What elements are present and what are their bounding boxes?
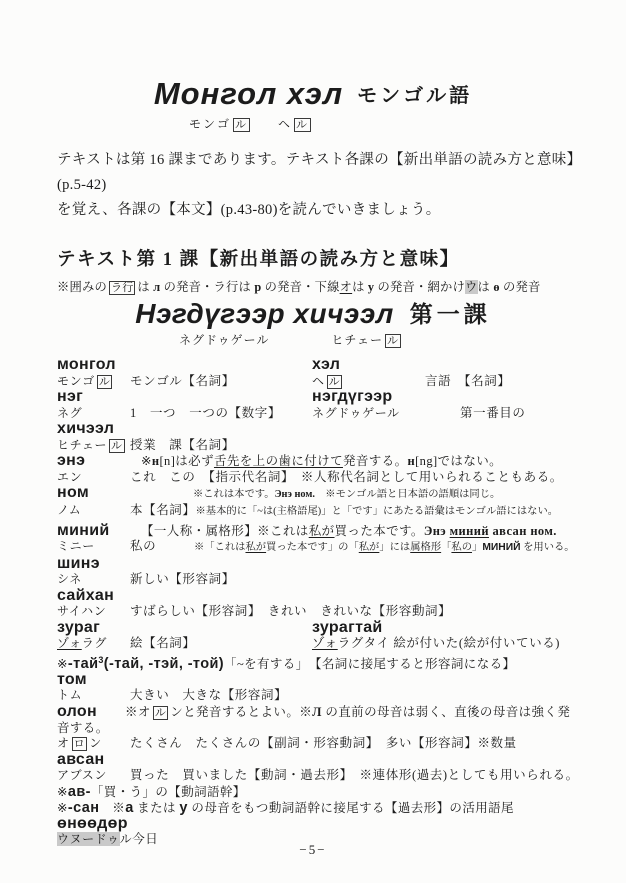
note-text: または: [134, 801, 180, 815]
meaning: 絵が付いた(絵が付いている): [393, 636, 560, 650]
entry-sub: モンゴルモンゴル【名詞】: [57, 374, 312, 390]
headword-saikhan: сайхан: [57, 588, 582, 605]
pronunciation-legend: ※囲みのラ行は л の発音・ラ行は р の発音・下線オは у の発音・網かけウは…: [57, 277, 626, 295]
main-title-japanese: モンゴル語: [357, 85, 472, 107]
headword-ene: энэ: [57, 453, 141, 470]
entry-sub: ゾォラグ絵【名詞】: [57, 636, 312, 652]
vocab-entry-negdugeer: нэгдүгээр ネグドゥゲール第一番目の: [312, 389, 582, 421]
lesson-title-cyrillic: Нэгдүгээр хичээл: [135, 298, 393, 329]
cyrillic-phrase: Энэ: [424, 524, 450, 538]
underlined-o: オ: [340, 280, 353, 294]
cyrillic-suffix-tai: -тай: [68, 656, 99, 672]
legend-text: は: [478, 280, 494, 294]
legend-text: は: [137, 280, 153, 294]
furigana-text: ン: [89, 736, 102, 750]
boxed-ru: ル: [153, 706, 168, 720]
furigana-text: ヘ: [312, 374, 325, 388]
boxed-ru: ル: [385, 334, 401, 348]
furigana: ネグドゥゲール: [312, 406, 460, 422]
note-text: 【一人称・属格形】※これは: [141, 524, 309, 538]
cyrillic-stem-av: ав-: [68, 784, 91, 800]
note-text: の母音をもつ動詞語幹に接尾する【過去形】の活用語尾: [188, 801, 514, 815]
note-text: 発音する。: [343, 454, 408, 468]
meaning: たくさん たくさんの【副詞・形容動詞】 多い【形容詞】※数量: [130, 736, 517, 750]
note-text: 」: [472, 542, 482, 553]
note-underlined: 私が: [359, 542, 380, 553]
vocab-row-neg-negdugeer: нэг ネグ1 一つ 一つの【数字】 нэгдүгээр ネグドゥゲール第一番目…: [57, 389, 582, 421]
furigana: シネ: [57, 572, 130, 588]
usage-note: ※これは本です。Энэ ном. ※モンゴル語と日本語の語順は同じ。: [193, 489, 500, 500]
entry-sub: ゾォラグタイ 絵が付いた(絵が付いている): [312, 636, 582, 652]
note-underlined: 私の: [451, 542, 472, 553]
vocab-entry-shine: шинэ シネ新しい【形容詞】: [57, 556, 582, 588]
boxed-ru: ル: [97, 375, 113, 389]
note-text: ンと発音するとよい。※: [170, 705, 312, 719]
vocab-entry-khicheel: хичээл ヒチェール授業 課【名詞】: [57, 421, 582, 453]
vocab-entry-olon: олон※オルンと発音するとよい。※Л の直前の母音は弱く、直後の母音は強く発音…: [57, 704, 582, 752]
entry-sub: サイハンすばらしい【形容詞】 きれい きれいな【形容動詞】: [57, 604, 582, 620]
vocab-entry-monggol: монгол モンゴルモンゴル【名詞】: [57, 357, 312, 389]
entry-headline: миний【一人称・属格形】※これは私が買った本です。Энэ миний авс…: [57, 523, 582, 540]
headword-tom: том: [57, 672, 582, 689]
furigana: エン: [57, 470, 130, 486]
main-title-furigana: モンゴルヘル: [0, 115, 564, 132]
lesson-heading: テキスト第 1 課【新出単語の読み方と意味】: [57, 245, 626, 271]
furigana: ゾォラグ: [57, 636, 130, 652]
usage-note: ※н[n]は必ず舌先を上の歯に付けて発音する。н[ng]ではない。: [141, 454, 502, 468]
stem-note-av: ※ав-「買・う」の【動詞語幹】: [57, 784, 582, 800]
shaded-u: ウ: [465, 280, 478, 294]
boxed-ru: ル: [294, 118, 311, 132]
note-text: ※モンゴル語と日本語の語順は同じ。: [315, 489, 500, 500]
furigana: ネグ: [57, 406, 130, 422]
note-text: 「~を有する」 【名詞に接尾すると形容詞になる】: [224, 657, 515, 671]
cyrillic-minii-caps: МИНИЙ: [482, 542, 520, 553]
note-underlined: 舌先を上の歯に付けて: [214, 454, 343, 468]
note-text: 「買・う」の【動詞語幹】: [91, 785, 246, 799]
vocab-entry-minii: миний【一人称・属格形】※これは私が買った本です。Энэ миний авс…: [57, 523, 582, 556]
meaning: 買った 買いました【動詞・過去形】 ※連体形(過去)としても用いられる。: [130, 768, 579, 782]
note-text: [ng]ではない。: [415, 454, 502, 468]
boxed-ru: ル: [327, 375, 343, 389]
boxed-ra-gyou: ラ行: [109, 281, 135, 295]
entry-sub: ヒチェール授業 課【名詞】: [57, 438, 582, 454]
entry-sub: ミニー私の※「これは私が買った本です」の「私が」には属格形「私の」МИНИЙ を…: [57, 539, 582, 556]
note-text: 「: [441, 542, 451, 553]
meaning: 私の: [130, 539, 194, 555]
cyrillic-n: н: [408, 454, 416, 468]
entry-sub: オロンたくさん たくさんの【副詞・形容動詞】 多い【形容詞】※数量: [57, 736, 582, 752]
boxed-ru: ル: [109, 439, 125, 453]
entry-sub: トム大きい 大きな【形容詞】: [57, 688, 582, 704]
vocab-entry-saikhan: сайхан サイハンすばらしい【形容詞】 きれい きれいな【形容動詞】: [57, 588, 582, 620]
note-text: ※オ: [125, 705, 151, 719]
furigana: トム: [57, 688, 130, 704]
note-text: 買った本です」の「: [266, 542, 359, 553]
entry-headline: олон※オルンと発音するとよい。※Л の直前の母音は弱く、直後の母音は強く発音…: [57, 704, 582, 737]
note-text: ※: [99, 801, 125, 815]
vocab-entry-ene: энэ※н[n]は必ず舌先を上の歯に付けて発音する。н[ng]ではない。 エンこ…: [57, 453, 582, 485]
vocab-entry-zuragtai: зурагтай ゾォラグタイ 絵が付いた(絵が付いている): [312, 620, 582, 652]
note-text: 買った本です。: [335, 524, 424, 538]
furigana-mongo: モンゴ: [189, 117, 231, 131]
document-page: Монгол хэлモンゴル語 モンゴルヘル テキストは第 16 課まであります…: [0, 0, 626, 883]
headword-zurag: зураг: [57, 620, 312, 637]
cyrillic-u: у: [179, 800, 187, 816]
furigana: ゾォラグタイ: [312, 636, 390, 650]
furigana-underlined: ゾォ: [312, 636, 338, 650]
usage-note: 【一人称・属格形】※これは私が買った本です。Энэ миний авсан но…: [141, 524, 557, 538]
headword-avsan: авсан: [57, 752, 582, 769]
vocab-entry-avsan: авсан アブスン買った 買いました【動詞・過去形】 ※連体形(過去)としても…: [57, 752, 582, 784]
furigana-he: ヘ: [278, 117, 292, 131]
note-text: 」には: [379, 542, 410, 553]
headword-onoodor: өнөөдөр: [57, 816, 582, 833]
meaning: 第一番目の: [460, 406, 526, 420]
grammar-note: ※基本的に「~は(主格語尾)」と「です」にあたる語彙はモンゴル語にはない。: [196, 506, 559, 517]
page-number: −5−: [0, 842, 626, 858]
intro-line-1: テキストは第 16 課まであります。テキスト各課の【新出単語の読み方と意味】(p…: [57, 148, 579, 198]
furigana-text: オ: [57, 736, 70, 750]
headword-negdugeer: нэгдүгээр: [312, 389, 582, 406]
vocab-entry-neg: нэг ネグ1 一つ 一つの【数字】: [57, 389, 312, 421]
meaning: 言語 【名詞】: [425, 374, 510, 388]
entry-sub: ネグ1 一つ 一つの【数字】: [57, 406, 312, 422]
cyrillic-suffix-san: -сан: [68, 800, 100, 816]
lesson-title-furigana: ネグドゥゲールヒチェール: [0, 331, 604, 348]
furigana-text: ヒチェー: [57, 438, 107, 452]
vocab-row-zurag-zuragtai: зураг ゾォラグ絵【名詞】 зурагтай ゾォラグタイ 絵が付いた(絵が…: [57, 620, 582, 652]
note-text: を用いる。: [521, 542, 575, 553]
entry-sub: エンこれ この 【指示代名詞】 ※人称代名詞として用いられることもある。: [57, 470, 582, 486]
legend-text: の発音: [500, 280, 541, 294]
furigana: ノム: [57, 503, 130, 519]
furigana-hicheel: ヒチェー: [331, 333, 383, 347]
cyrillic-underlined: миний: [450, 524, 489, 538]
furigana: モンゴル: [57, 374, 130, 390]
note-text: ※: [57, 657, 68, 671]
note-underlined: 私が: [245, 542, 266, 553]
suffix-note-san: ※-сан ※а または у の母音をもつ動詞語幹に接尾する【過去形】の活用語尾: [57, 800, 582, 816]
meaning: 絵【名詞】: [130, 636, 196, 650]
headword-minii: миний: [57, 523, 141, 540]
legend-text: は: [352, 280, 368, 294]
note-text: ※: [57, 785, 68, 799]
furigana: ヘル: [312, 374, 425, 390]
furigana-negdugeer: ネグドゥゲール: [179, 333, 269, 347]
furigana: ヒチェール: [57, 438, 130, 454]
vocab-entry-zurag: зураг ゾォラグ絵【名詞】: [57, 620, 312, 652]
note-text: ※これは本です。: [193, 489, 275, 500]
vocab-entry-khel: хэл ヘル言語 【名詞】: [312, 357, 582, 389]
grammar-note: ※「これは私が買った本です」の「私が」には属格形「私の」МИНИЙ を用いる。: [194, 542, 575, 553]
usage-note: ※オルンと発音するとよい。※Л の直前の母音は弱く、直後の母音は強く発音する。: [57, 705, 570, 736]
furigana: サイハン: [57, 604, 130, 620]
legend-text: ※囲みの: [57, 280, 107, 294]
legend-text: の発音・網かけ: [374, 280, 465, 294]
cyrillic-L: Л: [312, 705, 322, 719]
furigana: オロン: [57, 736, 130, 752]
suffix-note-tai: ※-тай3(-тай, -тэй, -той)「~を有する」 【名詞に接尾する…: [57, 652, 582, 672]
note-text: ※: [57, 801, 68, 815]
entry-sub: アブスン買った 買いました【動詞・過去形】 ※連体形(過去)としても用いられる。: [57, 768, 582, 784]
cyrillic-suffix-variants: (-тай, -тэй, -той): [104, 656, 224, 672]
intro-paragraph: テキストは第 16 課まであります。テキスト各課の【新出単語の読み方と意味】(p…: [57, 148, 579, 223]
headword-khel: хэл: [312, 357, 582, 374]
legend-text: の発音・ラ行は: [160, 280, 254, 294]
lesson-title-japanese: 第一課: [410, 302, 491, 327]
note-underlined: 属格形: [410, 542, 441, 553]
note-underlined: 私が: [309, 524, 335, 538]
furigana-underlined: ゾォ: [57, 636, 82, 650]
note-text: ※: [141, 454, 152, 468]
meaning: モンゴル【名詞】: [130, 374, 235, 388]
cyrillic-a: а: [125, 800, 133, 816]
vocab-entry-nom: ном※これは本です。Энэ ном. ※モンゴル語と日本語の語順は同じ。 ノム…: [57, 485, 582, 520]
headword-zuragtai: зурагтай: [312, 620, 582, 637]
headword-neg: нэг: [57, 389, 312, 406]
headword-khicheel: хичээл: [57, 421, 582, 438]
main-title: Монгол хэлモンゴル語: [0, 0, 626, 112]
headword-nom: ном: [57, 485, 193, 502]
meaning: 本【名詞】: [130, 503, 196, 519]
meaning: これ この 【指示代名詞】 ※人称代名詞として用いられることもある。: [130, 470, 563, 484]
entry-headline: энэ※н[n]は必ず舌先を上の歯に付けて発音する。н[ng]ではない。: [57, 453, 582, 470]
furigana: アブスン: [57, 768, 130, 784]
cyrillic-phrase: авсан ном.: [489, 524, 557, 538]
furigana: ミニー: [57, 539, 130, 555]
entry-sub: ノム本【名詞】※基本的に「~は(主格語尾)」と「です」にあたる語彙はモンゴル語に…: [57, 503, 582, 520]
boxed-ro: ロ: [72, 737, 88, 751]
vocab-row-monggol-khel: монгол モンゴルモンゴル【名詞】 хэл ヘル言語 【名詞】: [57, 357, 582, 389]
meaning: すばらしい【形容詞】 きれい きれいな【形容動詞】: [130, 604, 451, 618]
entry-sub: ネグドゥゲール第一番目の: [312, 406, 582, 422]
legend-text: の発音・下線: [261, 280, 339, 294]
headword-olon: олон: [57, 704, 125, 721]
entry-sub: シネ新しい【形容詞】: [57, 572, 582, 588]
entry-sub: ヘル言語 【名詞】: [312, 374, 582, 390]
cyrillic-phrase: Энэ ном.: [275, 489, 315, 500]
meaning: 新しい【形容詞】: [130, 572, 235, 586]
note-text: [n]は必ず: [159, 454, 213, 468]
headword-monggol: монгол: [57, 357, 312, 374]
furigana-text: ラグタイ: [338, 636, 390, 650]
vocab-entry-tom: том トム大きい 大きな【形容詞】: [57, 672, 582, 704]
entry-headline: ном※これは本です。Энэ ном. ※モンゴル語と日本語の語順は同じ。: [57, 485, 582, 503]
intro-line-2: を覚え、各課の【本文】(p.43-80)を読んでいきましょう。: [57, 198, 579, 223]
meaning: 大きい 大きな【形容詞】: [130, 688, 287, 702]
vocabulary-list: монгол モンゴルモンゴル【名詞】 хэл ヘル言語 【名詞】 нэг ネグ…: [57, 357, 582, 848]
furigana-text: モンゴ: [57, 374, 95, 388]
main-title-cyrillic: Монгол хэл: [154, 76, 343, 111]
meaning: 授業 課【名詞】: [130, 438, 235, 452]
lesson-title: Нэгдүгээр хичээл第一課: [0, 296, 626, 330]
note-text: ※「これは: [194, 542, 245, 553]
headword-shine: шинэ: [57, 556, 582, 573]
boxed-ru: ル: [233, 118, 250, 132]
meaning: 1 一つ 一つの【数字】: [130, 406, 281, 420]
furigana-text: ラグ: [82, 636, 107, 650]
